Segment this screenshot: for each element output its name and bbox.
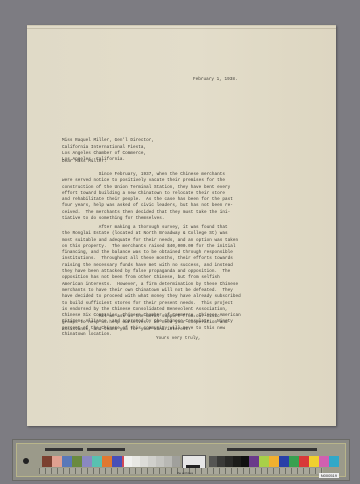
strip-bar: [45, 448, 83, 451]
color-swatch: [289, 456, 299, 467]
color-swatch: [209, 456, 217, 467]
color-swatch: [259, 456, 269, 467]
color-swatch: [62, 456, 72, 467]
color-swatch: [249, 456, 259, 467]
strip-label: the archives: [177, 471, 193, 475]
color-swatch: [148, 456, 156, 467]
dark-swatches: [209, 456, 249, 467]
color-swatch: [279, 456, 289, 467]
grey-swatches: [124, 456, 180, 467]
color-swatch: [233, 456, 241, 467]
color-swatch: [156, 456, 164, 467]
color-swatch: [52, 456, 62, 467]
color-swatch: [172, 456, 180, 467]
color-swatch: [132, 456, 140, 467]
recipient-line: California International Fiesta,: [62, 145, 146, 150]
color-swatches: [42, 456, 132, 467]
color-swatch: [92, 456, 102, 467]
color-swatch: [102, 456, 112, 467]
color-swatch: [299, 456, 309, 467]
color-swatch: [164, 456, 172, 467]
registration-dot-icon: [23, 458, 29, 464]
paragraph-1: Since February, 1937, when the Chinese m…: [62, 172, 233, 222]
color-swatch: [82, 456, 92, 467]
calibration-target: the archives: [16, 443, 346, 477]
color-swatch: [309, 456, 319, 467]
strip-bar: [87, 448, 125, 451]
color-swatch: [112, 456, 122, 467]
color-swatch: [269, 456, 279, 467]
color-swatch: [140, 456, 148, 467]
letter-date: February 1, 1938.: [193, 77, 238, 83]
paper-fold-line: [27, 28, 336, 29]
paragraph-3: All we ask is the moral support from our…: [62, 314, 228, 333]
closing: Yours very truly,: [156, 336, 201, 342]
color-swatch: [319, 456, 329, 467]
color-calibration-strip: the archives N000519: [12, 439, 350, 481]
color-swatch: [241, 456, 249, 467]
color-swatch: [72, 456, 82, 467]
recipient-line: Los Angeles Chamber of Commerce,: [62, 151, 146, 156]
color-swatch: [42, 456, 52, 467]
color-swatch: [217, 456, 225, 467]
salutation: Dear Miss Miller:: [62, 159, 107, 165]
right-color-swatches: [249, 456, 339, 467]
color-swatch: [124, 456, 132, 467]
color-swatch: [225, 456, 233, 467]
color-swatch: [329, 456, 339, 467]
archive-id-tag: N000519: [319, 473, 339, 478]
letter-page: February 1, 1938. Miss Raquel Miller, Ge…: [27, 25, 336, 426]
strip-bar: [227, 448, 317, 451]
recipient-line: Miss Raquel Miller, Gen'l Director,: [62, 138, 154, 143]
